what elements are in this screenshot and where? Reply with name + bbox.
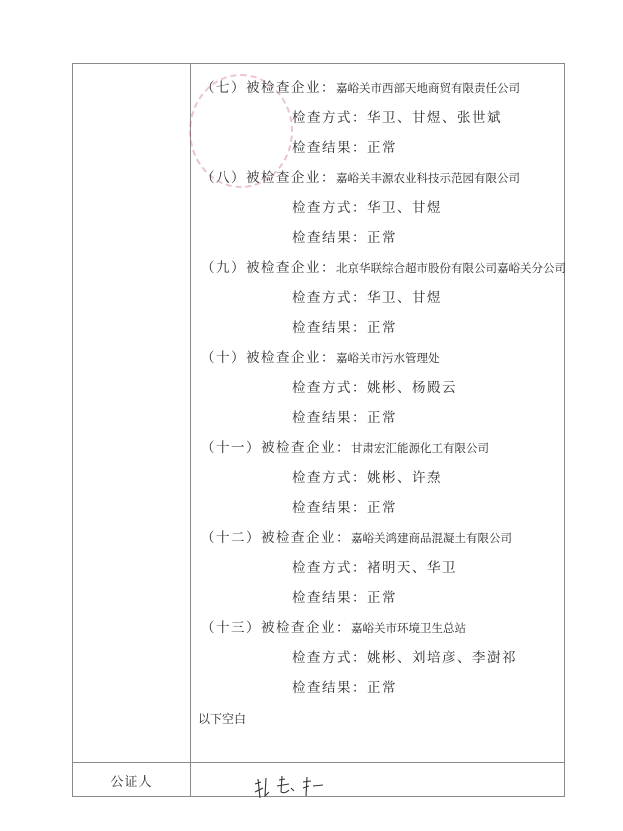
company-name: 嘉峪关市污水管理处 — [336, 351, 440, 365]
entry-number: （七） — [201, 80, 246, 96]
entry-number: （八） — [201, 170, 246, 186]
result-value: 正常 — [367, 230, 397, 246]
notary-label: 公证人 — [73, 763, 190, 797]
result-value: 正常 — [367, 680, 397, 696]
result-label: 检查结果： — [292, 410, 367, 426]
company-name: 嘉峪关市西部天地商贸有限责任公司 — [336, 81, 520, 95]
end-note: 以下空白 — [198, 710, 246, 727]
inspection-entries: （七）被检查企业：嘉峪关市西部天地商贸有限责任公司 检查方式：华卫、甘煜、张世斌… — [191, 64, 564, 762]
entry-header: （八）被检查企业：嘉峪关丰源农业科技示范园有限公司 — [201, 166, 520, 186]
result-label: 检查结果： — [292, 320, 367, 336]
method-value: 姚彬、杨殿云 — [367, 380, 457, 396]
entry-header: （十）被检查企业：嘉峪关市污水管理处 — [201, 346, 440, 366]
result-value: 正常 — [367, 590, 397, 606]
entry-label: 被检查企业： — [246, 170, 336, 186]
entry-label: 被检查企业： — [261, 530, 351, 546]
company-name: 甘肃宏汇能源化工有限公司 — [351, 441, 489, 455]
company-name: 嘉峪关市环境卫生总站 — [351, 621, 466, 635]
notary-signature: 刘艺东 — [251, 770, 341, 806]
entry-label: 被检查企业： — [246, 80, 336, 96]
method-value: 姚彬、刘培彦、李澍祁 — [367, 650, 517, 666]
method-value: 褚明天、华卫 — [367, 560, 457, 576]
result-label: 检查结果： — [292, 590, 367, 606]
inspection-result: 检查结果：正常 — [292, 406, 397, 426]
inspection-method: 检查方式：姚彬、刘培彦、李澍祁 — [292, 646, 517, 666]
entry-number: （十二） — [201, 530, 261, 546]
method-label: 检查方式： — [292, 290, 367, 306]
method-value: 姚彬、许焘 — [367, 470, 442, 486]
entry-label: 被检查企业： — [246, 260, 336, 276]
inspection-result: 检查结果：正常 — [292, 586, 397, 606]
entry-header: （十二）被检查企业：嘉峪关鸿建商品混凝土有限公司 — [201, 526, 512, 546]
method-label: 检查方式： — [292, 470, 367, 486]
result-value: 正常 — [367, 500, 397, 516]
method-label: 检查方式： — [292, 650, 367, 666]
entry-number: （十一） — [201, 440, 261, 456]
inspection-result: 检查结果：正常 — [292, 226, 397, 246]
inspection-result: 检查结果：正常 — [292, 136, 397, 156]
entry-header: （十三）被检查企业：嘉峪关市环境卫生总站 — [201, 616, 466, 636]
inspection-method: 检查方式：华卫、甘煜 — [292, 196, 442, 216]
company-name: 嘉峪关丰源农业科技示范园有限公司 — [336, 171, 520, 185]
entry-header: （九）被检查企业：北京华联综合超市股份有限公司嘉峪关分公司 — [201, 256, 566, 276]
entry-header: （十一）被检查企业：甘肃宏汇能源化工有限公司 — [201, 436, 489, 456]
inspection-method: 检查方式：姚彬、许焘 — [292, 466, 442, 486]
inspection-result: 检查结果：正常 — [292, 316, 397, 336]
result-value: 正常 — [367, 410, 397, 426]
entry-header: （七）被检查企业：嘉峪关市西部天地商贸有限责任公司 — [201, 76, 520, 96]
method-value: 华卫、甘煜、张世斌 — [367, 110, 502, 126]
result-label: 检查结果： — [292, 230, 367, 246]
result-value: 正常 — [367, 320, 397, 336]
entry-number: （十三） — [201, 620, 261, 636]
entry-label: 被检查企业： — [246, 350, 336, 366]
result-label: 检查结果： — [292, 140, 367, 156]
entry-label: 被检查企业： — [261, 440, 351, 456]
company-name: 北京华联综合超市股份有限公司嘉峪关分公司 — [336, 261, 566, 275]
inspection-method: 检查方式：褚明天、华卫 — [292, 556, 457, 576]
result-label: 检查结果： — [292, 680, 367, 696]
method-value: 华卫、甘煜 — [367, 290, 442, 306]
inspection-result: 检查结果：正常 — [292, 496, 397, 516]
method-label: 检查方式： — [292, 200, 367, 216]
method-label: 检查方式： — [292, 380, 367, 396]
method-value: 华卫、甘煜 — [367, 200, 442, 216]
entry-number: （九） — [201, 260, 246, 276]
inspection-method: 检查方式：姚彬、杨殿云 — [292, 376, 457, 396]
method-label: 检查方式： — [292, 560, 367, 576]
result-value: 正常 — [367, 140, 397, 156]
inspection-result: 检查结果：正常 — [292, 676, 397, 696]
result-label: 检查结果： — [292, 500, 367, 516]
inspection-method: 检查方式：华卫、甘煜 — [292, 286, 442, 306]
entry-label: 被检查企业： — [261, 620, 351, 636]
method-label: 检查方式： — [292, 110, 367, 126]
entry-number: （十） — [201, 350, 246, 366]
inspection-record-table: （七）被检查企业：嘉峪关市西部天地商贸有限责任公司 检查方式：华卫、甘煜、张世斌… — [72, 63, 565, 797]
company-name: 嘉峪关鸿建商品混凝土有限公司 — [351, 531, 512, 545]
inspection-method: 检查方式：华卫、甘煜、张世斌 — [292, 106, 502, 126]
